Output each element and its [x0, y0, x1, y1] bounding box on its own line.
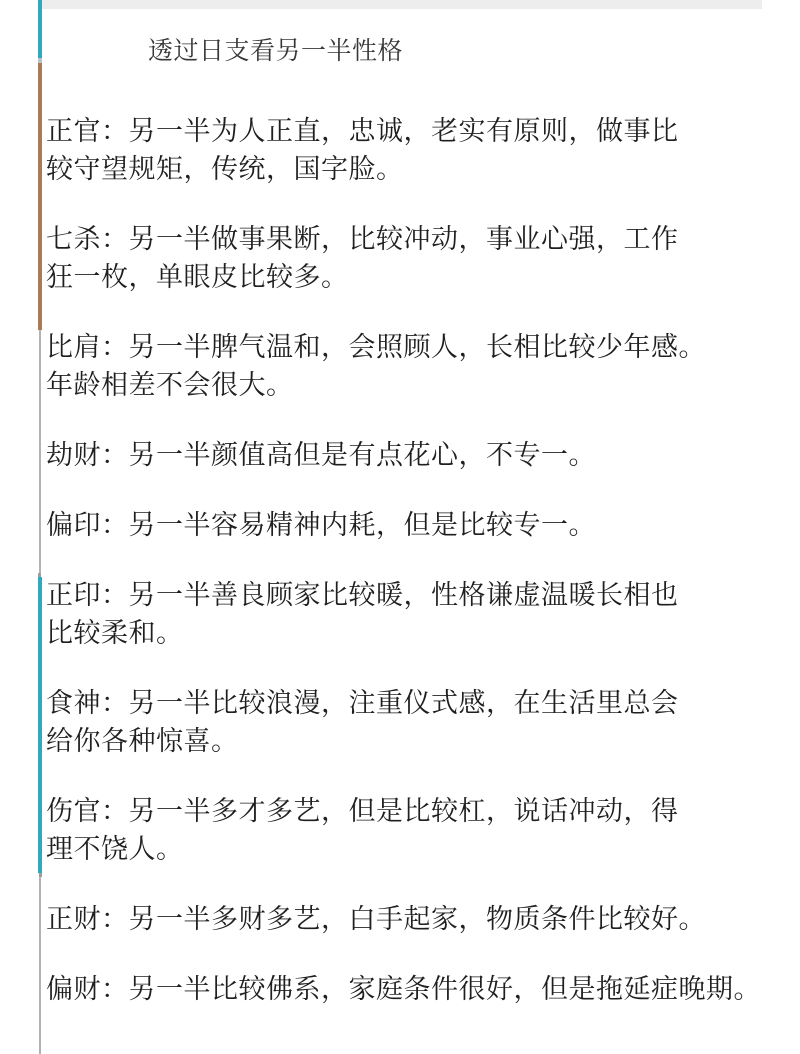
rule-segment-teal-mid: [38, 577, 42, 873]
paragraph-bijian: 比肩：另一半脾气温和，会照顾人，长相比较少年感。 年龄相差不会很大。: [46, 328, 798, 404]
page-title: 透过日支看另一半性格: [148, 32, 798, 70]
term-zhengguan: 正官：: [46, 116, 129, 146]
paragraph-qisha: 七杀：另一半做事果断，比较冲动，事业心强，工作 狂一枚，单眼皮比较多。: [46, 220, 798, 296]
rule-segment-teal-top: [38, 0, 42, 58]
paragraph-shishen: 食神：另一半比较浪漫，注重仪式感，在生活里总会 给你各种惊喜。: [46, 684, 798, 760]
term-zhengcai: 正财：: [46, 904, 129, 934]
paragraph-zhengguan: 正官：另一半为人正直，忠诚，老实有原则，做事比 较守望规矩，传统，国字脸。: [46, 112, 798, 188]
desc-zhengcai: 另一半多财多艺，白手起家，物质条件比较好。: [129, 904, 707, 934]
rule-segment-gray-lower: [39, 877, 41, 1054]
term-jiecai: 劫财：: [46, 440, 129, 470]
rule-segment-gray-upper: [39, 330, 41, 573]
paragraph-zhengyin: 正印：另一半善良顾家比较暖，性格谦虚温暖长相也 比较柔和。: [46, 576, 798, 652]
content-area: 透过日支看另一半性格 正官：另一半为人正直，忠诚，老实有原则，做事比 较守望规矩…: [46, 0, 798, 1040]
desc-piancai: 另一半比较佛系，家庭条件很好，但是拖延症晚期。: [129, 974, 762, 1004]
term-qisha: 七杀：: [46, 224, 129, 254]
desc-shishen: 另一半比较浪漫，注重仪式感，在生活里总会 给你各种惊喜。: [46, 688, 679, 756]
document-page: 透过日支看另一半性格 正官：另一半为人正直，忠诚，老实有原则，做事比 较守望规矩…: [0, 0, 800, 1054]
desc-qisha: 另一半做事果断，比较冲动，事业心强，工作 狂一枚，单眼皮比较多。: [46, 224, 679, 292]
rule-segment-brown: [38, 63, 42, 330]
term-bijian: 比肩：: [46, 332, 129, 362]
desc-zhengyin: 另一半善良顾家比较暖，性格谦虚温暖长相也 比较柔和。: [46, 580, 679, 648]
desc-shangguan: 另一半多才多艺，但是比较杠，说话冲动，得 理不饶人。: [46, 796, 679, 864]
paragraph-jiecai: 劫财：另一半颜值高但是有点花心，不专一。: [46, 436, 798, 474]
paragraph-zhengcai: 正财：另一半多财多艺，白手起家，物质条件比较好。: [46, 900, 798, 938]
term-shishen: 食神：: [46, 688, 129, 718]
paragraph-shangguan: 伤官：另一半多才多艺，但是比较杠，说话冲动，得 理不饶人。: [46, 792, 798, 868]
term-pianyin: 偏印：: [46, 510, 129, 540]
desc-pianyin: 另一半容易精神内耗，但是比较专一。: [129, 510, 597, 540]
desc-bijian: 另一半脾气温和，会照顾人，长相比较少年感。 年龄相差不会很大。: [46, 332, 706, 400]
paragraph-piancai: 偏财：另一半比较佛系，家庭条件很好，但是拖延症晚期。: [46, 970, 798, 1008]
term-shangguan: 伤官：: [46, 796, 129, 826]
desc-zhengguan: 另一半为人正直，忠诚，老实有原则，做事比 较守望规矩，传统，国字脸。: [46, 116, 679, 184]
left-rule: [0, 0, 50, 1054]
term-zhengyin: 正印：: [46, 580, 129, 610]
term-piancai: 偏财：: [46, 974, 129, 1004]
paragraph-pianyin: 偏印：另一半容易精神内耗，但是比较专一。: [46, 506, 798, 544]
desc-jiecai: 另一半颜值高但是有点花心，不专一。: [129, 440, 597, 470]
